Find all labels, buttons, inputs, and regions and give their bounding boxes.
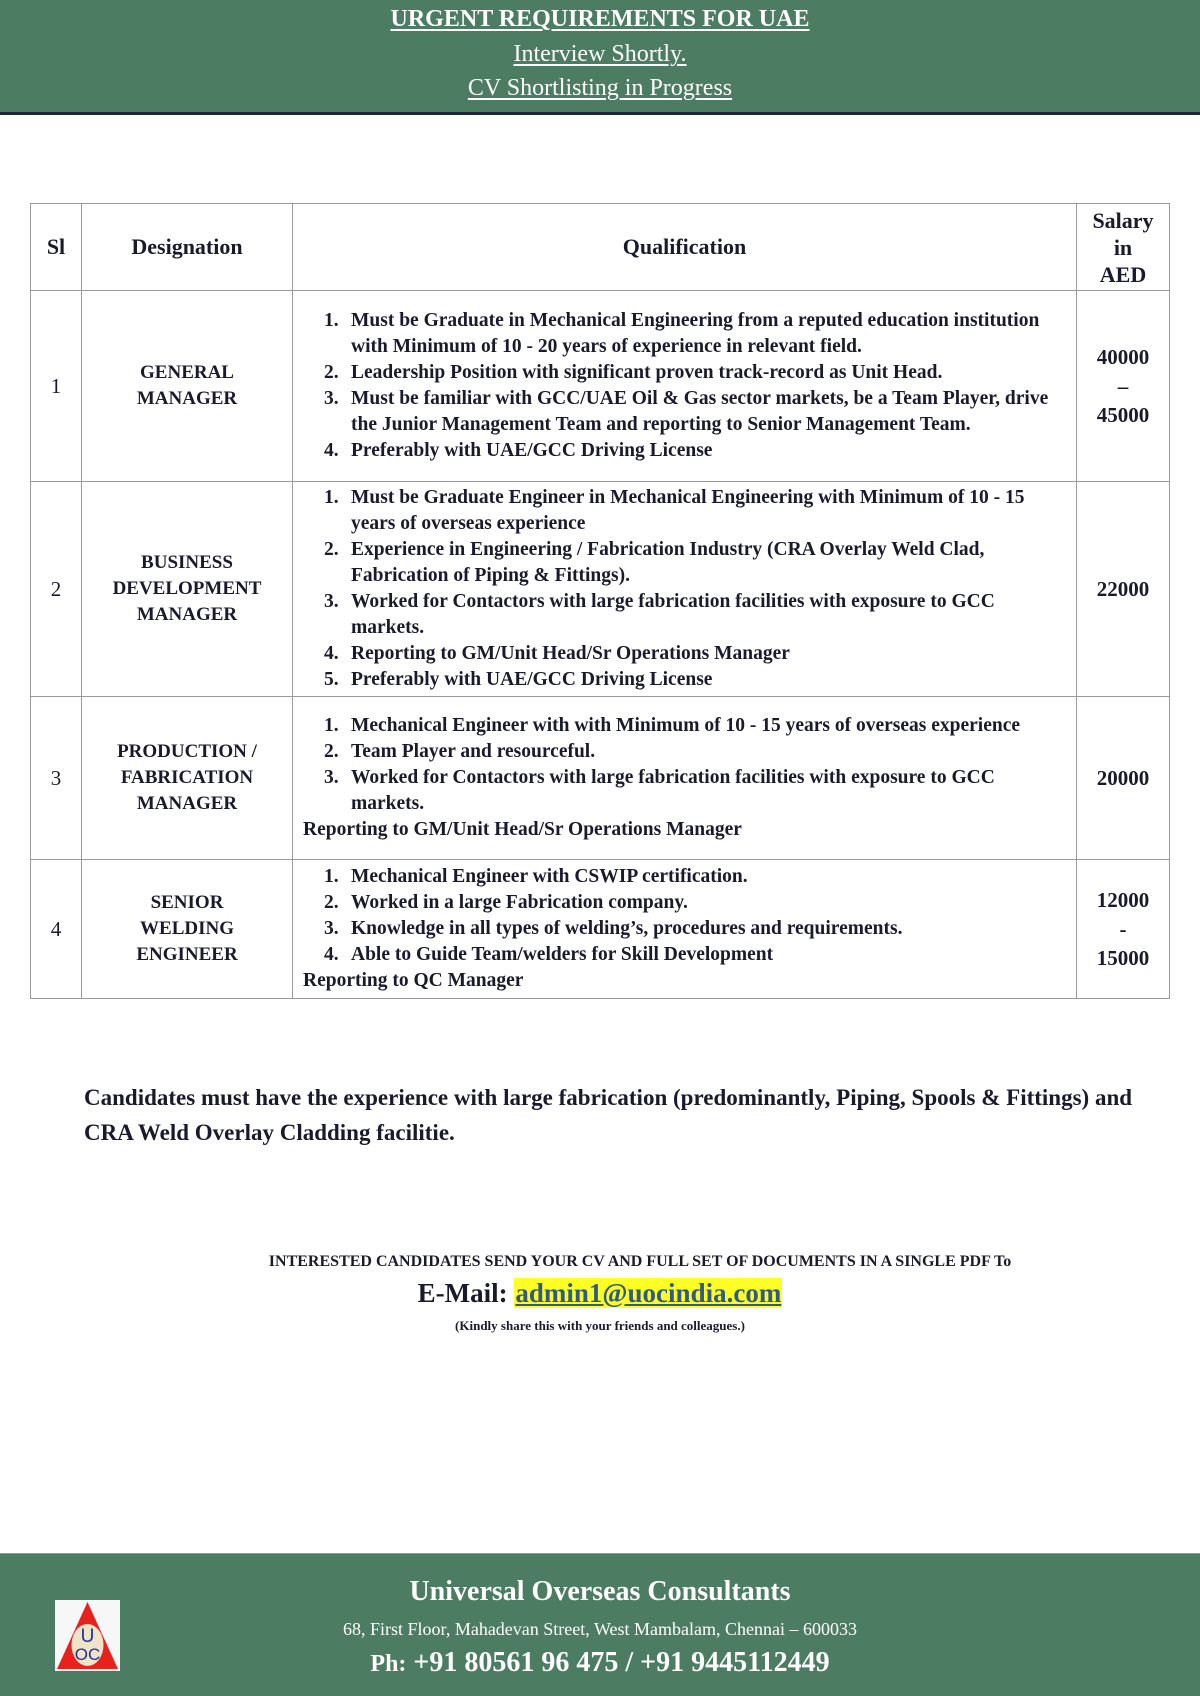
table-header-row: Sl Designation Qualification Salary in A… [31, 204, 1170, 291]
company-phone: Ph: +91 80561 96 475 / +91 9445112449 [0, 1647, 1200, 1679]
reporting-line: Reporting to GM/Unit Head/Sr Operations … [303, 817, 1066, 843]
header-shortlisting-note: CV Shortlisting in Progress [0, 75, 1200, 102]
uoc-logo-icon: U OC [55, 1600, 120, 1671]
company-name: Universal Overseas Consultants [0, 1576, 1200, 1608]
qualification-item: 3.Must be familiar with GCC/UAE Oil & Ga… [351, 386, 1066, 438]
qualification-item: 4.Reporting to GM/Unit Head/Sr Operation… [351, 641, 1066, 667]
email-label: E-Mail: [418, 1278, 508, 1308]
row-salary: 22000 [1077, 482, 1170, 697]
qualification-item: 2.Team Player and resourceful. [351, 739, 1066, 765]
row-sl: 2 [31, 482, 82, 697]
svg-text:OC: OC [75, 1645, 101, 1664]
header-salary: Salary in AED [1077, 204, 1170, 291]
row-qualification: 1.Must be Graduate Engineer in Mechanica… [293, 482, 1077, 697]
qualification-item: 4.Able to Guide Team/welders for Skill D… [351, 942, 1066, 968]
qualification-item: 2.Experience in Engineering / Fabricatio… [351, 537, 1066, 589]
row-sl: 4 [31, 860, 82, 999]
header-banner: URGENT REQUIREMENTS FOR UAE Interview Sh… [0, 0, 1200, 115]
qualification-item: 1.Must be Graduate Engineer in Mechanica… [351, 485, 1066, 537]
row-qualification: 1.Mechanical Engineer with with Minimum … [293, 697, 1077, 860]
candidate-requirement-note: Candidates must have the experience with… [84, 1080, 1144, 1150]
row-qualification: 1.Mechanical Engineer with CSWIP certifi… [293, 860, 1077, 999]
table-row: 3PRODUCTION /FABRICATIONMANAGER1.Mechani… [31, 697, 1170, 860]
qualification-item: 2.Leadership Position with significant p… [351, 360, 1066, 386]
header-qualification: Qualification [293, 204, 1077, 291]
qualification-item: 3.Worked for Contactors with large fabri… [351, 765, 1066, 817]
qualification-item: 5.Preferably with UAE/GCC Driving Licens… [351, 667, 1066, 693]
qualification-item: 3.Worked for Contactors with large fabri… [351, 589, 1066, 641]
table-row: 1GENERALMANAGER1.Must be Graduate in Mec… [31, 291, 1170, 482]
row-designation: PRODUCTION /FABRICATIONMANAGER [82, 697, 293, 860]
qualification-item: 1.Mechanical Engineer with CSWIP certifi… [351, 864, 1066, 890]
row-salary: 40000–45000 [1077, 291, 1170, 482]
header-title: URGENT REQUIREMENTS FOR UAE [0, 6, 1200, 33]
send-cv-instruction: INTERESTED CANDIDATES SEND YOUR CV AND F… [0, 1253, 1200, 1271]
requirements-table: Sl Designation Qualification Salary in A… [30, 203, 1170, 999]
row-designation: BUSINESSDEVELOPMENTMANAGER [82, 482, 293, 697]
qualification-item: 4.Preferably with UAE/GCC Driving Licens… [351, 438, 1066, 464]
row-designation: GENERALMANAGER [82, 291, 293, 482]
svg-text:U: U [81, 1626, 95, 1647]
row-salary: 12000-15000 [1077, 860, 1170, 999]
qualification-item: 1.Must be Graduate in Mechanical Enginee… [351, 308, 1066, 360]
header-interview-note: Interview Shortly. [0, 41, 1200, 68]
share-note: (Kindly share this with your friends and… [0, 1318, 1200, 1334]
table-row: 4SENIORWELDINGENGINEER1.Mechanical Engin… [31, 860, 1170, 999]
email-line: E-Mail: admin1@uocindia.com [0, 1278, 1200, 1309]
company-address: 68, First Floor, Mahadevan Street, West … [0, 1619, 1200, 1640]
table-row: 2BUSINESSDEVELOPMENTMANAGER1.Must be Gra… [31, 482, 1170, 697]
qualification-item: 1.Mechanical Engineer with with Minimum … [351, 713, 1066, 739]
header-designation: Designation [82, 204, 293, 291]
footer-banner: Universal Overseas Consultants 68, First… [0, 1553, 1200, 1696]
email-link[interactable]: admin1@uocindia.com [514, 1278, 782, 1308]
row-designation: SENIORWELDINGENGINEER [82, 860, 293, 999]
qualification-item: 2.Worked in a large Fabrication company. [351, 890, 1066, 916]
row-sl: 3 [31, 697, 82, 860]
header-sl: Sl [31, 204, 82, 291]
row-qualification: 1.Must be Graduate in Mechanical Enginee… [293, 291, 1077, 482]
row-sl: 1 [31, 291, 82, 482]
reporting-line: Reporting to QC Manager [303, 968, 1066, 994]
row-salary: 20000 [1077, 697, 1170, 860]
qualification-item: 3.Knowledge in all types of welding’s, p… [351, 916, 1066, 942]
